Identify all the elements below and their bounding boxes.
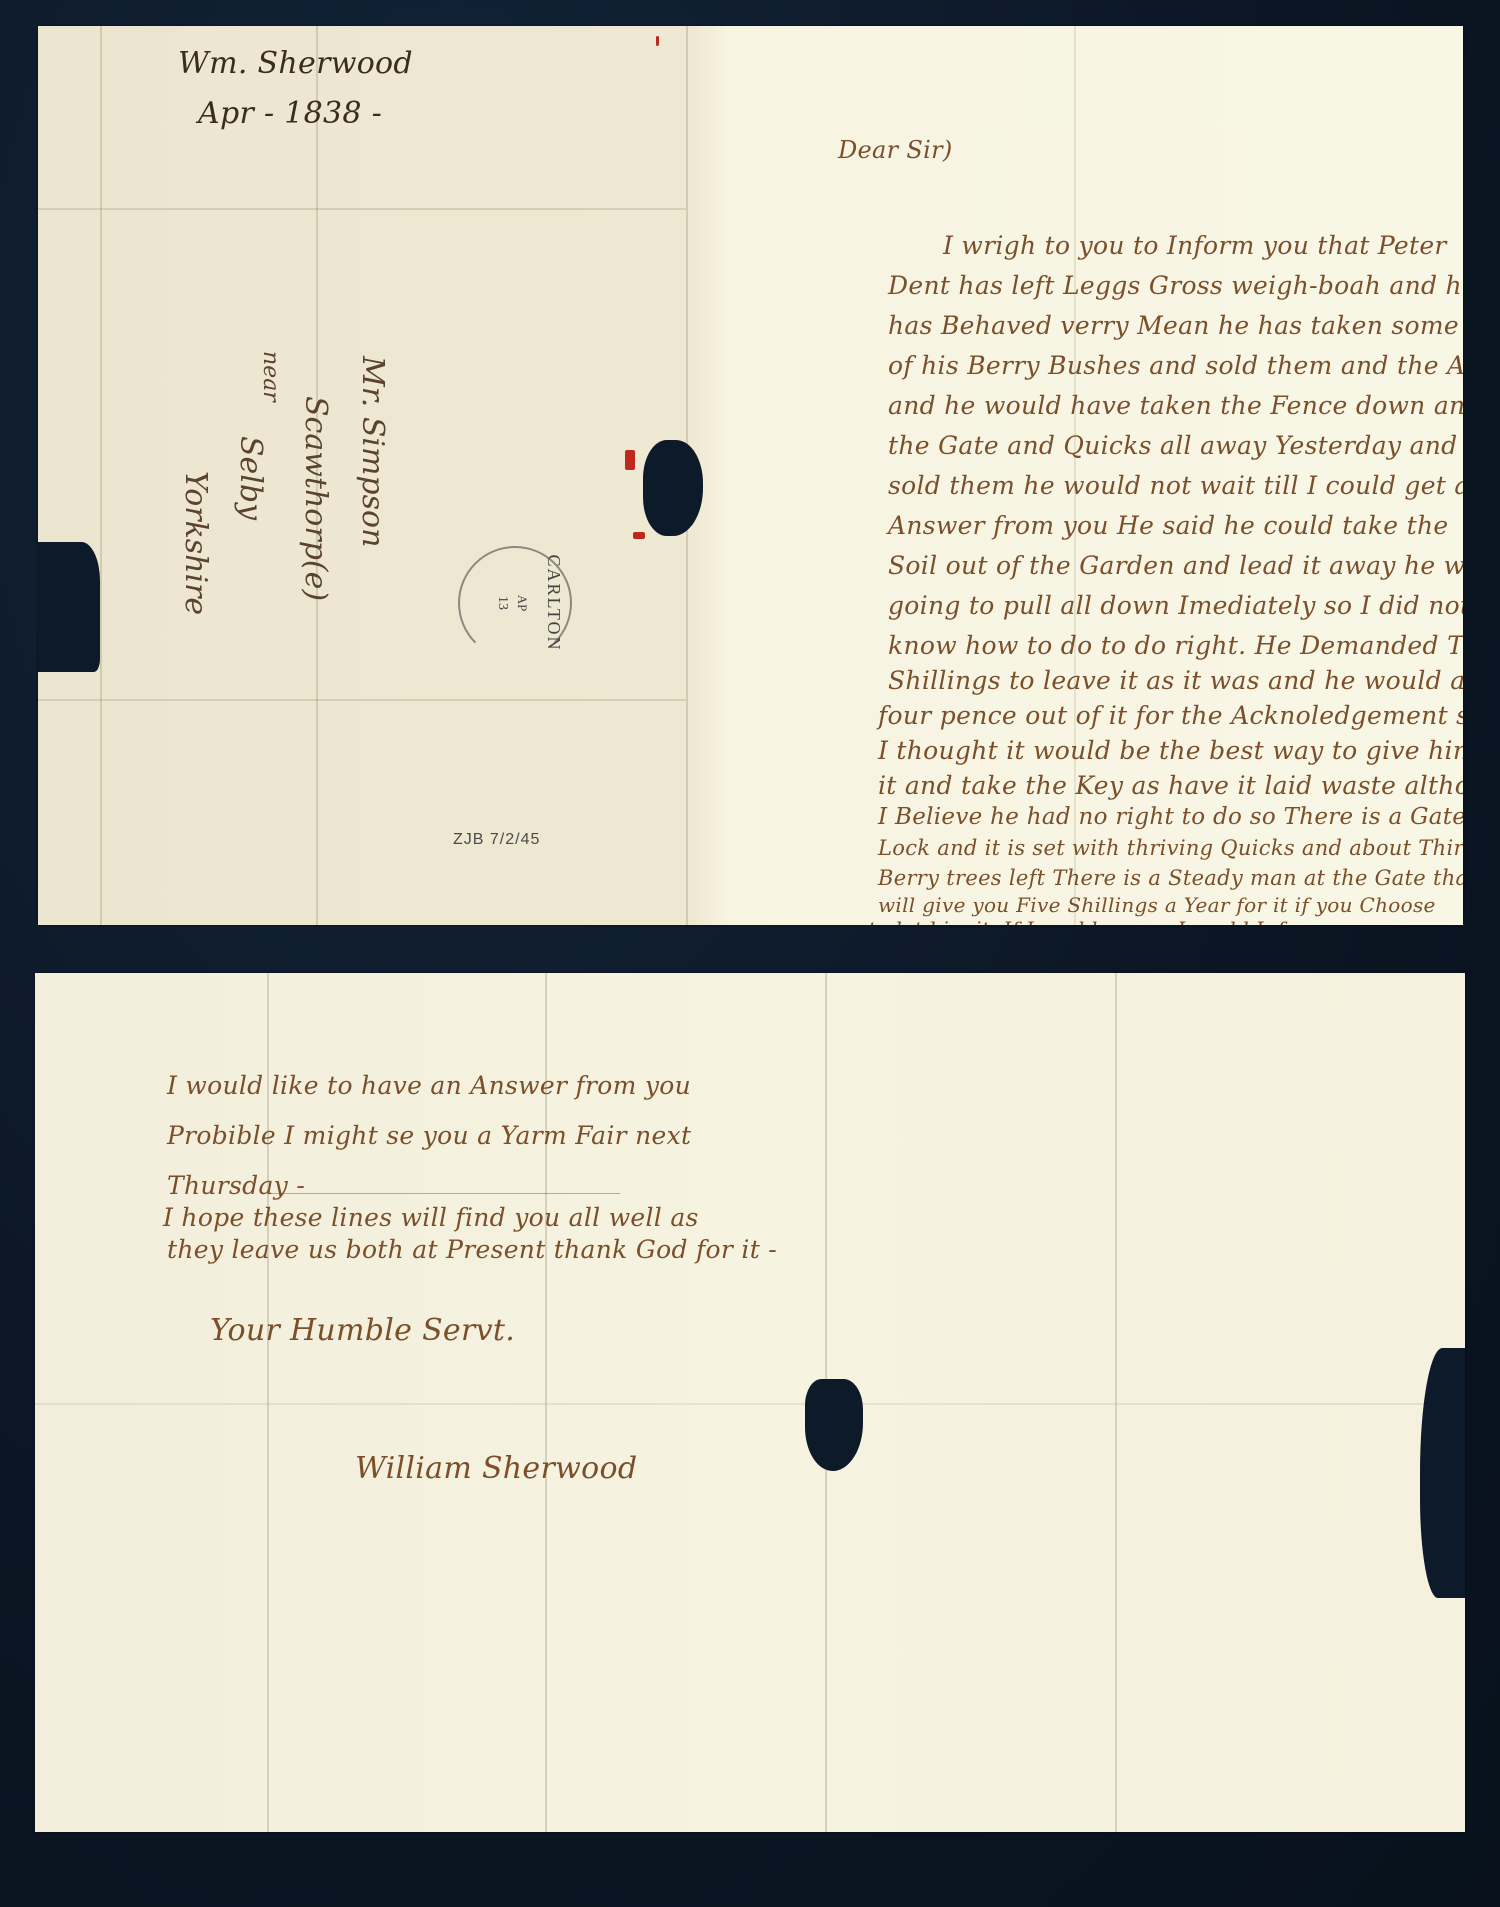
letter-line: four pence out of it for the Acknoledgem… <box>878 701 1463 730</box>
letter-line: know how to do to do right. He Demanded … <box>888 631 1463 660</box>
letter-line: has Behaved verry Mean he has taken some <box>888 311 1459 340</box>
letter-line: and he would have taken the Fence down a… <box>888 391 1463 420</box>
letter-line: I would like to have an Answer from you <box>167 1071 691 1100</box>
address-line-1: Mr. Simpson <box>355 356 390 547</box>
docket-name: Wm. Sherwood <box>178 46 413 81</box>
edge-tear <box>1420 1348 1465 1598</box>
letter-line: I hope these lines will find you all wel… <box>163 1203 699 1232</box>
postmark-month: AP <box>514 548 530 658</box>
letter-line: Answer from you He said he could take th… <box>888 511 1448 540</box>
closing: Your Humble Servt. <box>210 1313 515 1348</box>
fold-line <box>100 26 102 925</box>
letter-line: Berry trees left There is a Steady man a… <box>878 866 1463 890</box>
bottom-sheet: I would like to have an Answer from you … <box>35 973 1465 1832</box>
address-line-4: Selby <box>233 436 268 520</box>
letter-line: I wrigh to you to Inform you that Peter <box>943 231 1447 260</box>
signature: William Sherwood <box>355 1451 637 1486</box>
letter-line: I Believe he had no right to do so There… <box>878 804 1463 830</box>
edge-tear <box>38 542 100 672</box>
letter-line: I thought it would be the best way to gi… <box>878 736 1463 765</box>
letter-line: Probible I might se you a Yarm Fair next <box>167 1121 691 1150</box>
fold-line <box>38 208 686 210</box>
letter-line: of his Berry Bushes and sold them and th… <box>888 351 1463 380</box>
address-line-5: Yorkshire <box>178 471 213 615</box>
underline-stroke <box>270 1193 620 1194</box>
letter-line: it and take the Key as have it laid wast… <box>878 771 1463 800</box>
fold-line <box>38 699 686 701</box>
letter-line: going to pull all down Imediately so I d… <box>888 591 1463 620</box>
letter-line: will give you Five Shillings a Year for … <box>878 893 1436 917</box>
letter-line: Soil out of the Garden and lead it away … <box>888 551 1463 580</box>
address-line-2: Scawthorp(e) <box>298 396 333 601</box>
wax-seal-remnant <box>633 532 645 539</box>
address-line-3: near <box>258 351 283 402</box>
docket-date: Apr - 1838 - <box>198 96 382 131</box>
top-sheet: Wm. Sherwood Apr - 1838 - Mr. Simpson Sc… <box>38 26 1463 925</box>
salutation: Dear Sir) <box>838 136 953 164</box>
postmark-stamp: CARLTON AP 13 <box>458 546 572 660</box>
letter-line: Shillings to leave it as it was and he w… <box>888 666 1463 695</box>
postmark-day: 13 <box>494 548 510 658</box>
seal-tear-hole <box>643 440 703 536</box>
letter-line: to let him it. If I could se you I could… <box>868 917 1430 925</box>
letter-line: Dent has left Leggs Gross weigh-boah and… <box>888 271 1463 300</box>
postmark-town: CARLTON <box>543 548 564 658</box>
letter-line: Lock and it is set with thriving Quicks … <box>878 836 1463 860</box>
seal-tear-hole <box>805 1379 863 1471</box>
letter-line: the Gate and Quicks all away Yesterday a… <box>888 431 1457 460</box>
archive-reference: ZJB 7/2/45 <box>453 831 540 849</box>
letter-line: they leave us both at Present thank God … <box>167 1235 777 1264</box>
letter-line: sold them he would not wait till I could… <box>888 471 1463 500</box>
fold-line <box>35 1403 1465 1405</box>
wax-seal-remnant <box>625 450 635 470</box>
letter-line: Thursday - <box>167 1171 305 1200</box>
wax-seal-remnant <box>656 36 659 46</box>
